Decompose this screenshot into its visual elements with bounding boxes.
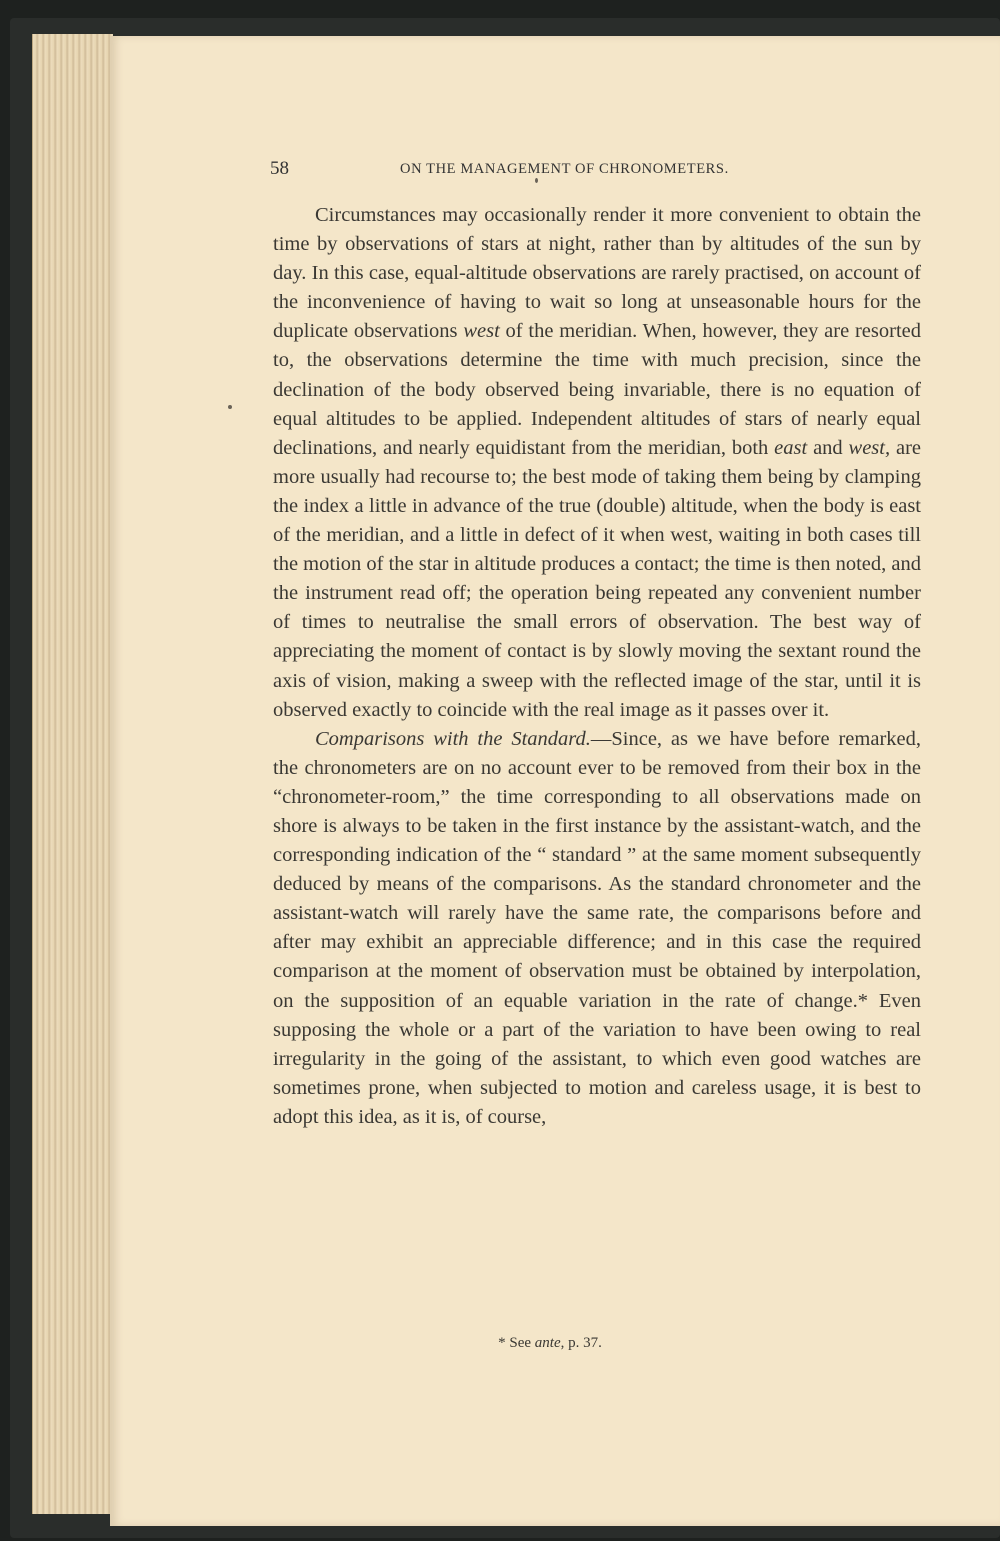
footnote-text: * See — [498, 1335, 535, 1351]
running-title: ON THE MANAGEMENT OF CHRONOMETERS. — [400, 161, 729, 178]
footnote-italic: ante — [535, 1335, 561, 1351]
italic-text: west — [463, 320, 499, 342]
paragraph: Circumstances may occasionally render it… — [273, 201, 921, 725]
text-run: are more usually had recourse to; the be… — [273, 437, 921, 721]
page-number: 58 — [270, 158, 289, 180]
footnote: * See ante, p. 37. — [0, 1335, 1000, 1352]
page-edges — [32, 34, 113, 1514]
paragraph: Comparisons with the Standard.—Since, as… — [273, 725, 921, 1132]
paper-speck — [535, 178, 538, 183]
italic-text: west, — [849, 437, 891, 459]
body-text: Circumstances may occasionally render it… — [273, 201, 921, 1132]
text-run: and — [807, 437, 848, 459]
italic-text: east — [774, 437, 807, 459]
section-heading: Comparisons with the Standard. — [315, 728, 591, 750]
paper-speck — [228, 405, 232, 409]
running-header: 58 ON THE MANAGEMENT OF CHRONOMETERS. — [0, 158, 1000, 184]
footnote-text: , p. 37. — [561, 1335, 602, 1351]
text-run: —Since, as we have before remarked, the … — [273, 728, 921, 1128]
